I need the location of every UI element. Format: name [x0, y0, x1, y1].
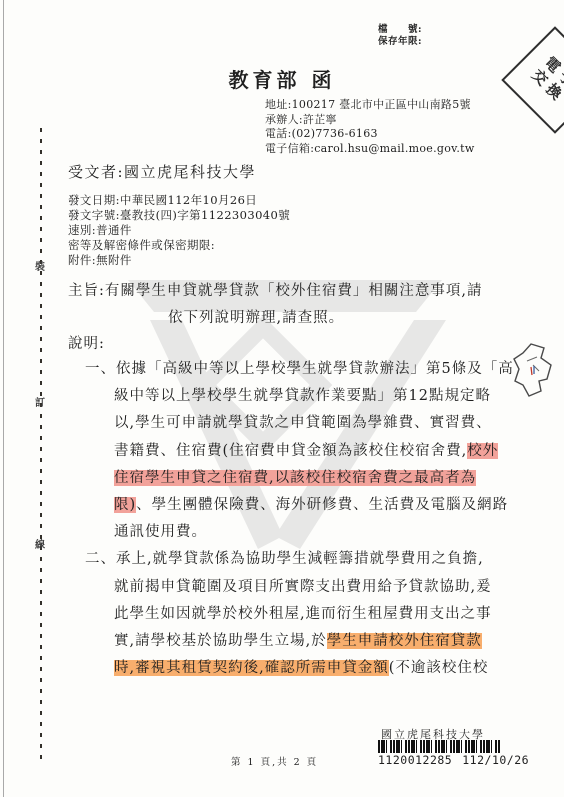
- body-line: 以,學生可申請就學貸款之申貸範圍為學雜費、實習費、: [85, 410, 535, 437]
- subject-line-1: 主旨:有關學生申貸就學貸款「校外住宿費」相關注意事項,請: [68, 278, 528, 305]
- paper-seal-stamp: [511, 341, 557, 405]
- binding-mark-xian: 線: [33, 536, 47, 551]
- body-text: 、學生團體保險費、海外研修費、生活費及電腦及網路: [136, 497, 508, 513]
- body-text: (不逾該校住校: [389, 660, 489, 676]
- document-title: 教育部 函: [0, 64, 564, 93]
- body-text: 此學生如因就學於校外租屋,進而衍生租屋費用支出之事: [114, 606, 492, 622]
- sender-email: 電子信箱:carol.hsu@mail.moe.gov.tw: [265, 142, 475, 157]
- scan-page-edge: [3, 0, 4, 797]
- explanation-label: 說明:: [68, 331, 528, 358]
- binding-dotted-line: [40, 128, 42, 760]
- body-text: 承上,就學貸款係為協助學生減輕籌措就學費用之負擔,: [116, 551, 484, 567]
- body-line: 就前揭申貸範圍及項目所實際支出費用給予貸款協助,爰: [85, 574, 535, 601]
- document-page: 裝 訂 線 檔 號: 保存年限: 電子 交換 教育部 函 地址:100217 臺…: [0, 0, 564, 797]
- meta-line: 密等及解密條件或保密期限:: [68, 238, 290, 253]
- body-text: 書籍費、住宿費(住宿費申貸金額為該校住校宿舍費,: [114, 443, 467, 459]
- body-line: 一、依據「高級中等以上學校學生就學貸款辦法」第5條及「高: [85, 356, 535, 383]
- subject-line-2: 依下列說明辦理,請查照。: [68, 305, 528, 332]
- meta-line: 發文字號:臺教技(四)字第1122303040號: [68, 208, 290, 223]
- body-line: 時,審視其租賃契約後,確認所需申貸金額(不逾該校住校: [85, 655, 535, 682]
- meta-line: 速別:普通件: [68, 223, 290, 238]
- recipient-line: 受文者:國立虎尾科技大學: [68, 161, 256, 182]
- sender-address: 地址:100217 臺北市中正區中山南路5號: [265, 98, 475, 113]
- body-line: 通訊使用費。: [85, 519, 535, 546]
- body-text: 就前揭申貸範圍及項目所實際支出費用給予貸款協助,爰: [114, 579, 492, 595]
- footer-barcode: [378, 740, 500, 753]
- doc-number: 1120012285: [378, 753, 452, 767]
- highlight-pink: 限): [114, 497, 136, 513]
- binding-mark-ding: 訂: [33, 394, 47, 409]
- body-block: 一、依據「高級中等以上學校學生就學貸款辦法」第5條及「高級中等以上學校學生就學貸…: [85, 356, 535, 682]
- highlight-pink: 住宿學生申貸之住宿費,以該校住校宿舍費之最高者為: [114, 470, 476, 486]
- sender-phone: 電話:(02)7736-6163: [265, 127, 475, 142]
- body-text: 依據「高級中等以上學校學生就學貸款辦法」第5條及「高: [116, 361, 514, 377]
- body-line: 書籍費、住宿費(住宿費申貸金額為該校住校宿舍費,校外: [85, 438, 535, 465]
- body-line: 此學生如因就學於校外租屋,進而衍生租屋費用支出之事: [85, 601, 535, 628]
- sender-contact: 承辦人:許芷寧: [265, 113, 475, 128]
- body-line: 住宿學生申貸之住宿費,以該校住校宿舍費之最高者為: [85, 465, 535, 492]
- body-text: 以,學生可申請就學貸款之申貸範圍為學雜費、實習費、: [114, 415, 492, 431]
- body-text: 實,請學校基於協助學生立場,於: [114, 633, 327, 649]
- sender-info-block: 地址:100217 臺北市中正區中山南路5號 承辦人:許芷寧 電話:(02)77…: [265, 98, 475, 156]
- footer-doc-number-line: 1120012285112/10/26: [378, 753, 539, 767]
- body-line: 二、承上,就學貸款係為協助學生減輕籌措就學費用之負擔,: [85, 546, 535, 573]
- body-line: 級中等以上學校學生就學貸款作業要點」第12點規定略: [85, 383, 535, 410]
- highlight-pink: 校外: [467, 443, 498, 459]
- doc-date: 112/10/26: [462, 753, 529, 767]
- content-layer: 裝 訂 線 檔 號: 保存年限: 電子 交換 教育部 函 地址:100217 臺…: [0, 0, 564, 797]
- item-marker: 一、: [85, 361, 116, 377]
- subject-block: 主旨:有關學生申貸就學貸款「校外住宿費」相關注意事項,請 依下列說明辦理,請查照…: [68, 278, 528, 358]
- meta-line: 發文日期:中華民國112年10月26日: [68, 193, 290, 208]
- highlight-orange: 學生申請校外住宿貸款: [327, 633, 482, 649]
- item-marker: 二、: [85, 551, 116, 567]
- file-retention-block: 檔 號: 保存年限:: [378, 24, 422, 47]
- file-number-label: 檔 號:: [378, 24, 422, 36]
- binding-mark-zhuang: 裝: [33, 258, 47, 273]
- meta-block: 發文日期:中華民國112年10月26日發文字號:臺教技(四)字第11223030…: [68, 193, 290, 268]
- meta-line: 附件:無附件: [68, 253, 290, 268]
- page-number: 第 1 頁,共 2 頁: [231, 754, 318, 768]
- body-text: 通訊使用費。: [114, 524, 207, 540]
- body-line: 限)、學生團體保險費、海外研修費、生活費及電腦及網路: [85, 492, 535, 519]
- retention-period-label: 保存年限:: [378, 36, 422, 48]
- highlight-orange: 時,審視其租賃契約後,確認所需申貸金額: [114, 660, 389, 676]
- body-line: 實,請學校基於協助學生立場,於學生申請校外住宿貸款: [85, 628, 535, 655]
- body-text: 級中等以上學校學生就學貸款作業要點」第12點規定略: [114, 388, 491, 404]
